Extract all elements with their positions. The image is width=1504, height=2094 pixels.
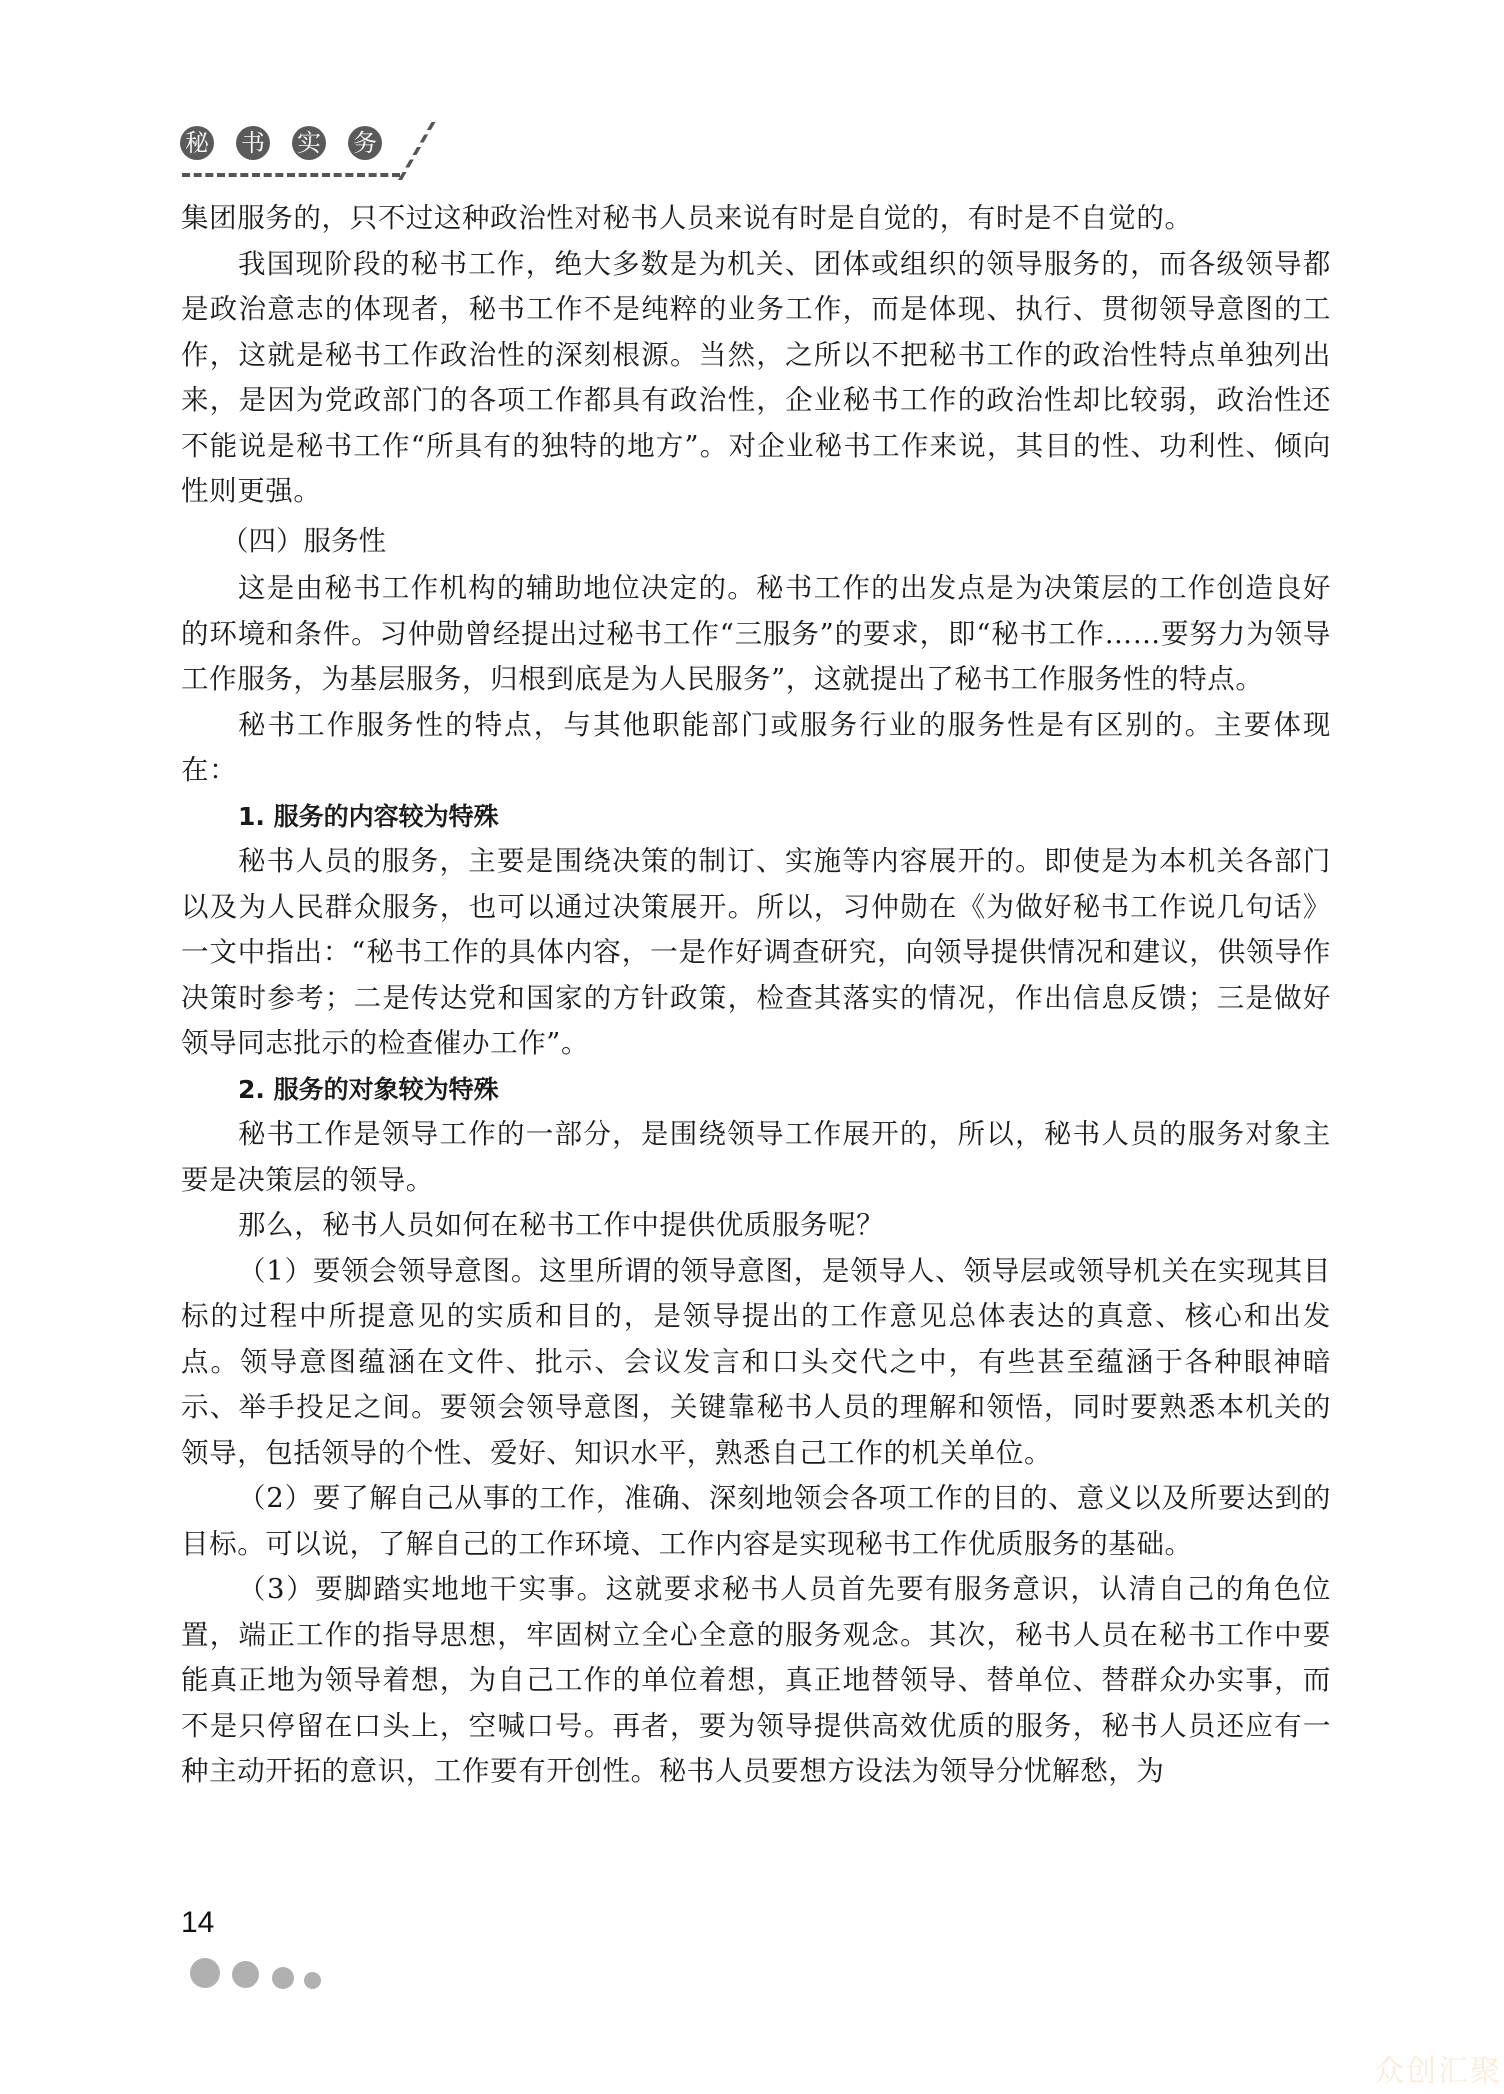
header-title: 秘 书 实 务 <box>180 126 382 160</box>
running-header: 秘 书 实 务 <box>180 122 440 182</box>
header-dashed-slash <box>398 122 439 180</box>
dot-icon <box>232 1961 259 1988</box>
footer-dots-decoration <box>190 1955 350 1995</box>
paragraph: 那么，秘书人员如何在秘书工作中提供优质服务呢？ <box>181 1203 1331 1249</box>
watermark: 众创汇聚 <box>1374 2046 1502 2090</box>
dot-icon <box>190 1958 220 1988</box>
paragraph: 我国现阶段的秘书工作，绝大多数是为机关、团体或组织的领导服务的，而各级领导都是政… <box>181 242 1331 515</box>
header-char-circle: 秘 <box>180 126 214 160</box>
page-number: 14 <box>181 1906 214 1940</box>
dot-icon <box>304 1972 321 1989</box>
paragraph: （1）要领会领导意图。这里所谓的领导意图，是领导人、领导层或领导机关在实现其目标… <box>181 1249 1331 1477</box>
paragraph: （2）要了解自己从事的工作，准确、深刻地领会各项工作的目的、意义以及所要达到的目… <box>181 1476 1331 1567</box>
header-char-circle: 务 <box>348 126 382 160</box>
paragraph: 这是由秘书工作机构的辅助地位决定的。秘书工作的出发点是为决策层的工作创造良好的环… <box>181 566 1331 703</box>
header-char-circle: 实 <box>292 126 326 160</box>
header-char-circle: 书 <box>236 126 270 160</box>
paragraph: 秘书工作服务性的特点，与其他职能部门或服务行业的服务性是有区别的。主要体现在： <box>181 703 1331 794</box>
section-heading: （四）服务性 <box>181 519 1331 565</box>
header-dashed-line <box>182 173 400 177</box>
dot-icon <box>272 1967 294 1989</box>
paragraph: （3）要脚踏实地地干实事。这就要求秘书人员首先要有服务意识，认清自己的角色位置，… <box>181 1567 1331 1795</box>
page-body: 集团服务的，只不过这种政治性对秘书人员来说有时是自觉的，有时是不自觉的。 我国现… <box>181 196 1331 1795</box>
subheading: 2. 服务的对象较为特殊 <box>181 1067 1331 1113</box>
paragraph: 秘书人员的服务，主要是围绕决策的制订、实施等内容展开的。即使是为本机关各部门以及… <box>181 839 1331 1067</box>
paragraph: 秘书工作是领导工作的一部分，是围绕领导工作展开的，所以，秘书人员的服务对象主要是… <box>181 1112 1331 1203</box>
subheading: 1. 服务的内容较为特殊 <box>181 794 1331 840</box>
paragraph: 集团服务的，只不过这种政治性对秘书人员来说有时是自觉的，有时是不自觉的。 <box>181 196 1331 242</box>
